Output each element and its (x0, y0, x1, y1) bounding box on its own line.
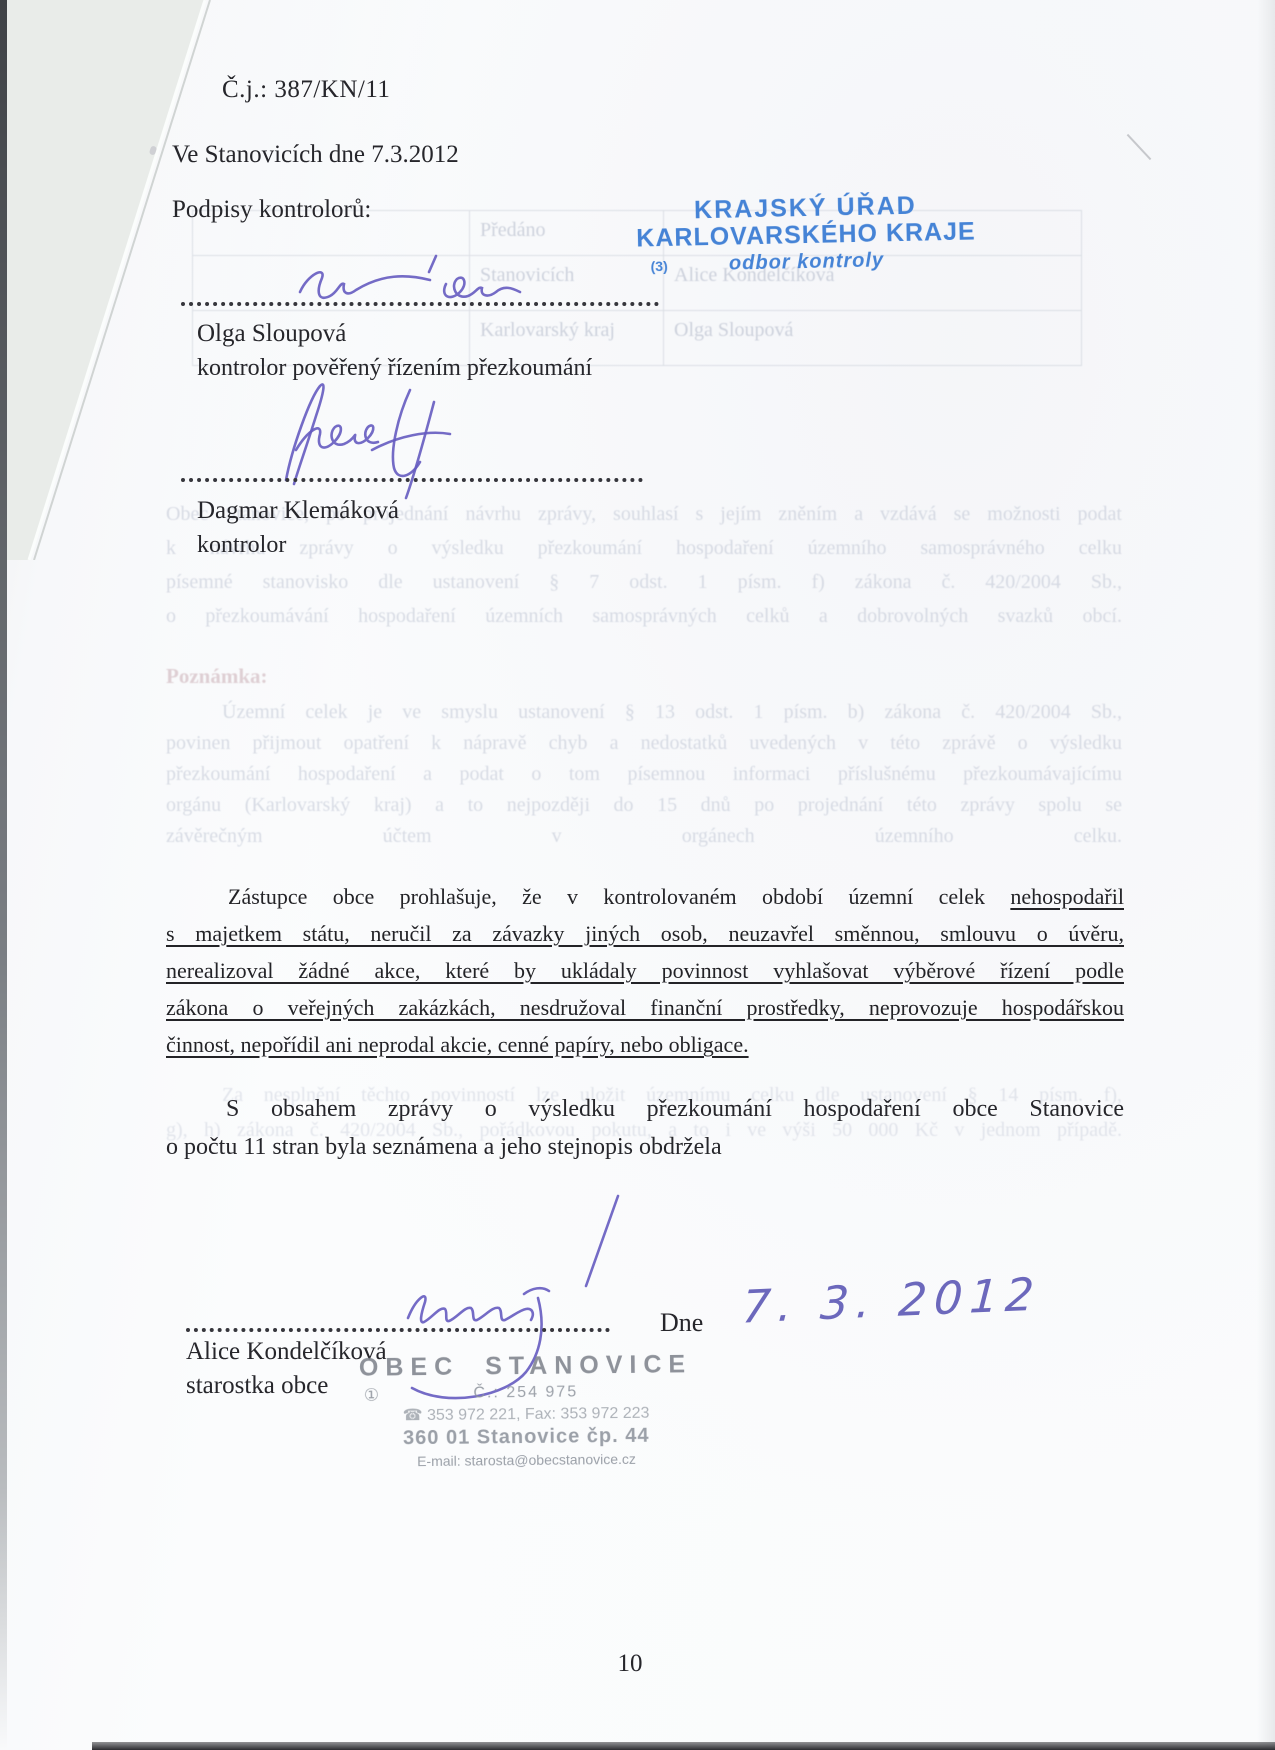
ghost-line: o přezkoumávání hospodaření územních sam… (166, 599, 1122, 633)
date-label: Dne (660, 1308, 703, 1338)
declaration-line: s majetkem státu, neručil za závazky jin… (166, 915, 1124, 952)
signatures-heading: Podpisy kontrolorů: (172, 196, 371, 224)
municipality-stamp-title: OBEC STANOVICE (355, 1350, 695, 1383)
municipality-stamp-badge: ① (364, 1386, 381, 1406)
signature-line-2 (181, 478, 643, 482)
ghost-line: orgánu (Karlovarský kraj) a to nejpozděj… (166, 790, 1122, 821)
declaration-line: Zástupce obce prohlašuje, že v kontrolov… (166, 878, 1124, 915)
controller-2-name: Dagmar Klemáková (197, 497, 399, 525)
municipality-stamp-id: Č.: 254 975 (473, 1383, 578, 1401)
mayor-role: starostka obce (186, 1372, 328, 1400)
scan-edge-right (1257, 0, 1275, 1750)
ghost-line: povinen přijmout opatření k nápravě chyb… (166, 728, 1122, 759)
declaration-line: nerealizoval žádné akce, které by ukláda… (166, 952, 1124, 989)
scan-scratch (1127, 134, 1152, 160)
ghost-line: k návrhu zprávy o výsledku přezkoumání h… (166, 531, 1122, 565)
ghost-line: písemné stanovisko dle ustanovení § 7 od… (166, 565, 1122, 599)
reference-number: Č.j.: 387/KN/11 (222, 76, 390, 104)
place-and-date-line: Ve Stanovicích dne 7.3.2012 (172, 141, 459, 169)
municipality-stamp-phone: ☎ 353 972 221, Fax: 353 972 223 (356, 1402, 696, 1426)
authority-stamp: KRAJSKÝ ÚŘAD KARLOVARSKÉHO KRAJE (3) odb… (627, 190, 985, 280)
declaration-line: zákona o veřejných zakázkách, nesdružova… (166, 989, 1124, 1026)
scan-edge-bottom (92, 1742, 1275, 1750)
controller-1-name: Olga Sloupová (197, 320, 346, 348)
declaration-line: činnost, nepořídil ani neprodal akcie, c… (166, 1026, 1124, 1063)
acknowledgement-line-1: S obsahem zprávy o výsledku přezkoumání … (166, 1096, 1124, 1123)
controller-2-role: kontrolor (197, 532, 286, 559)
ghost-line: závěrečným účtem v orgánech územního cel… (166, 821, 1122, 852)
scanned-document-page: PředánoStanovicíchAlice KondelčíkováKarl… (0, 0, 1275, 1750)
ghost-table-cell: Olga Sloupová (663, 311, 1081, 365)
ghost-line: přezkoumání hospodaření a podat o tom pí… (166, 759, 1122, 790)
page-number: 10 (598, 1650, 662, 1678)
municipality-stamp-address: 360 01 Stanovice čp. 44 (356, 1424, 696, 1451)
signature-line-3 (186, 1328, 610, 1332)
signature-dagmar-klemakova (252, 372, 502, 512)
authority-stamp-counter: (3) (650, 258, 667, 274)
ghost-line: Územní celek je ve smyslu ustanovení § 1… (166, 697, 1122, 728)
municipality-stamp: OBEC STANOVICE ① Č.: 254 975 ☎ 353 972 2… (355, 1350, 696, 1470)
ghost-note-lines: Územní celek je ve smyslu ustanovení § 1… (166, 697, 1122, 852)
ghost-note-label: Poznámka: (166, 664, 268, 689)
acknowledgement-line-2: o počtu 11 stran byla seznámena a jeho s… (166, 1134, 722, 1161)
handwritten-date: 7. 3. 2012 (741, 1267, 1043, 1333)
declaration-paragraph: Zástupce obce prohlašuje, že v kontrolov… (166, 878, 1124, 1063)
scan-edge-left (0, 0, 7, 1750)
signature-line-1 (181, 302, 659, 306)
authority-stamp-department: odbor kontroly (729, 249, 885, 274)
